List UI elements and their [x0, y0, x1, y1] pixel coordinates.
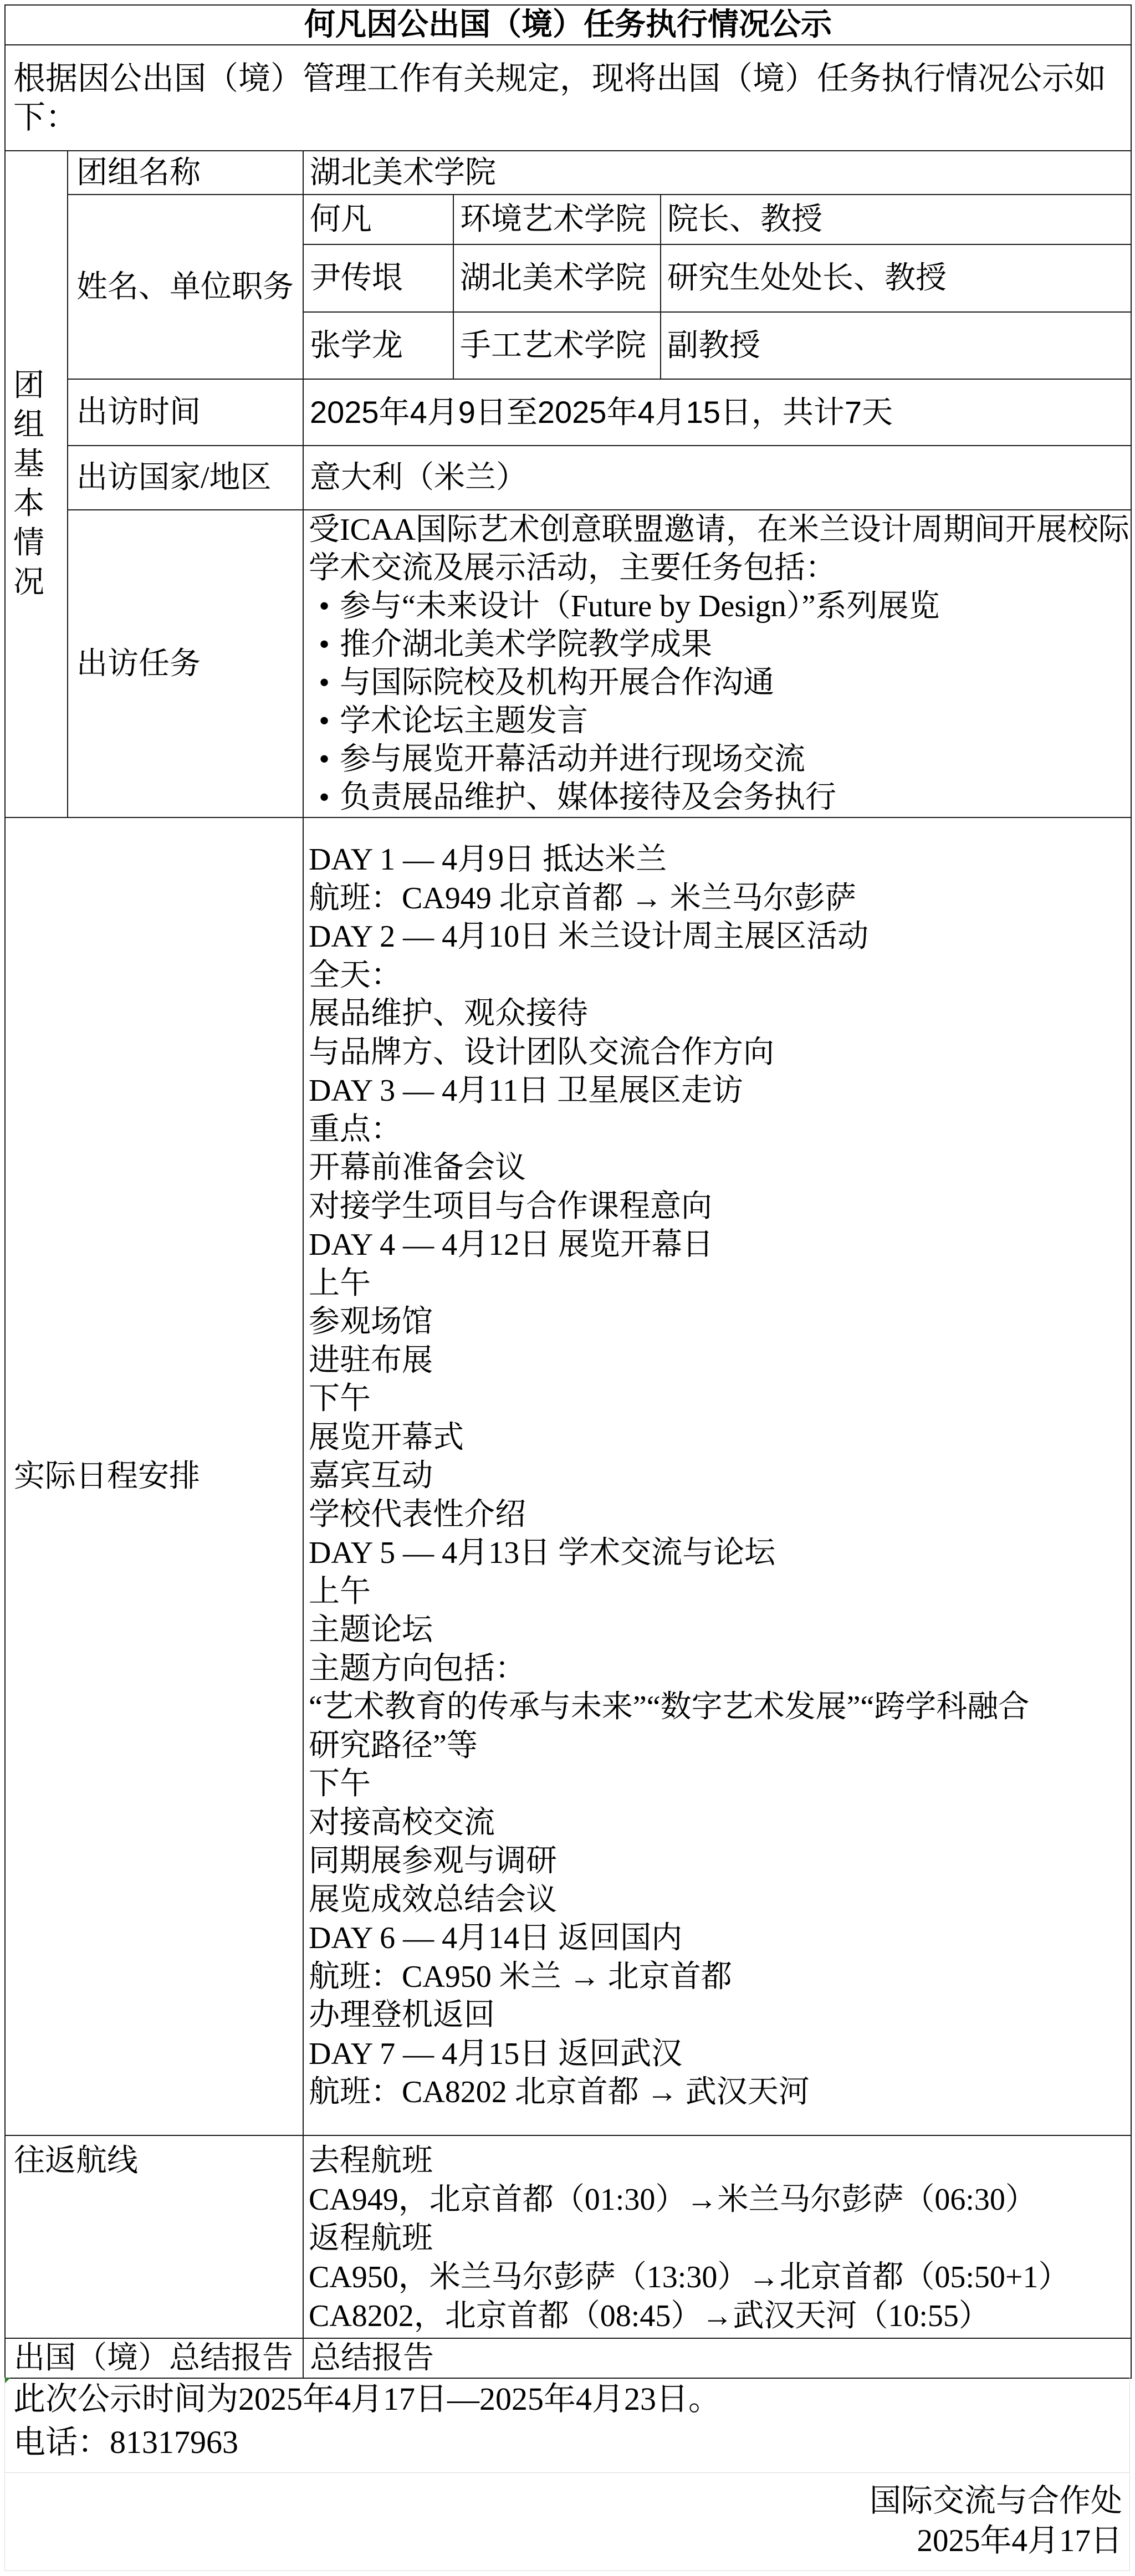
member-position-cell[interactable]: 院长、教授: [661, 195, 1131, 244]
bullet-icon: •: [309, 626, 340, 664]
member-position-cell[interactable]: 副教授: [661, 312, 1131, 379]
bullet-icon: •: [309, 587, 340, 626]
schedule-line: 同期展参观与调研: [309, 1842, 1131, 1881]
member-position: 院长、教授: [667, 202, 822, 237]
member-name: 尹传垠: [310, 261, 403, 295]
summary-report-value-cell[interactable]: 总结报告: [303, 2338, 1131, 2378]
schedule-line: “艺术教育的传承与未来”“数字艺术发展”“跨学科融合: [309, 1688, 1131, 1727]
schedule-line: 进驻布展: [309, 1342, 1131, 1381]
member-name-cell[interactable]: 张学龙: [303, 312, 453, 379]
schedule-line: 展览开幕式: [309, 1419, 1131, 1458]
route-line: CA950，米兰马尔彭萨（13:30）→北京首都（05:50+1）: [309, 2258, 1131, 2297]
visit-tasks-value-cell[interactable]: 受ICAA国际艺术创意联盟邀请，在米兰设计周期间开展校际学术交流及展示活动，主要…: [303, 510, 1131, 817]
route-line: 去程航班: [309, 2141, 1131, 2180]
title-cell[interactable]: 何凡因公出国（境）任务执行情况公示: [5, 5, 1131, 45]
member-name: 何凡: [310, 202, 372, 237]
schedule-line: 开幕前准备会议: [309, 1149, 1131, 1188]
schedule-list: DAY 1 — 4月9日 抵达米兰航班：CA949 北京首都 → 米兰马尔彭萨D…: [309, 841, 1131, 2112]
members-label: 姓名、单位职务: [76, 270, 294, 304]
schedule-line: 重点：: [309, 1111, 1131, 1149]
schedule-line: 下午: [309, 1380, 1131, 1419]
notice-cell[interactable]: 此次公示时间为2025年4月17日—2025年4月23日。 电话：8131796…: [4, 2378, 1130, 2473]
schedule-line: DAY 3 — 4月11日 卫星展区走访: [309, 1072, 1131, 1111]
task-item-text: 学术论坛主题发言: [340, 704, 588, 738]
visit-time-label-cell[interactable]: 出访时间: [68, 379, 303, 446]
schedule-line: 与品牌方、设计团队交流合作方向: [309, 1034, 1131, 1072]
task-item: •学术论坛主题发言: [309, 702, 1131, 740]
schedule-line: DAY 2 — 4月10日 米兰设计周主展区活动: [309, 918, 1131, 957]
visit-country-value: 意大利（米兰）: [310, 461, 527, 495]
task-item: •推介湖北美术学院教学成果: [309, 626, 1131, 664]
schedule-line: 嘉宾互动: [309, 1457, 1131, 1496]
task-item: •负责展品维护、媒体接待及会务执行: [309, 779, 1131, 817]
signature-cell[interactable]: 国际交流与合作处 2025年4月17日: [4, 2473, 1130, 2571]
members-label-cell[interactable]: 姓名、单位职务: [68, 195, 303, 379]
member-position: 副教授: [667, 329, 760, 363]
schedule-line: 航班：CA949 北京首都 → 米兰马尔彭萨: [309, 880, 1131, 918]
visit-tasks-intro: 受ICAA国际艺术创意联盟邀请，在米兰设计周期间开展校际学术交流及展示活动，主要…: [309, 511, 1131, 587]
schedule-line: 主题方向包括：: [309, 1650, 1131, 1689]
schedule-line: 下午: [309, 1765, 1131, 1804]
signature-office: 国际交流与合作处: [5, 2481, 1122, 2521]
member-position: 研究生处处长、教授: [667, 261, 947, 295]
notice-phone: 电话：81317963: [13, 2421, 1129, 2464]
error-indicator-icon[interactable]: [5, 2378, 11, 2383]
member-name-cell[interactable]: 何凡: [303, 195, 453, 244]
member-unit-cell[interactable]: 环境艺术学院: [453, 195, 661, 244]
routes-list: 去程航班CA949，北京首都（01:30）→米兰马尔彭萨（06:30）返程航班C…: [309, 2141, 1131, 2335]
schedule-line: 航班：CA8202 北京首都 → 武汉天河: [309, 2073, 1131, 2112]
visit-time-value-cell[interactable]: 2025年4月9日至2025年4月15日，共计7天: [303, 379, 1131, 446]
visit-country-value-cell[interactable]: 意大利（米兰）: [303, 446, 1131, 510]
task-intro-line: 受ICAA国际艺术创意联盟邀请，在米兰设计周期间开展校际: [309, 511, 1131, 549]
member-name: 张学龙: [310, 329, 403, 363]
schedule-line: 主题论坛: [309, 1611, 1131, 1650]
route-line: CA8202，北京首都（08:45）→武汉天河（10:55）: [309, 2297, 1131, 2335]
schedule-line: 对接学生项目与合作课程意向: [309, 1188, 1131, 1226]
schedule-line: DAY 1 — 4月9日 抵达米兰: [309, 841, 1131, 880]
group-info-section-label: 团组基本情况: [13, 369, 44, 600]
schedule-label-cell[interactable]: 实际日程安排: [5, 817, 303, 2135]
notice-period: 此次公示时间为2025年4月17日—2025年4月23日。: [13, 2378, 1129, 2421]
schedule-line: DAY 7 — 4月15日 返回武汉: [309, 2035, 1131, 2074]
visit-time-value: 2025年4月9日至2025年4月15日，共计7天: [310, 395, 893, 430]
schedule-line: 全天：: [309, 957, 1131, 995]
task-item-text: 参与“未来设计（Future by Design）”系列展览: [340, 589, 940, 623]
schedule-line: 研究路径”等: [309, 1727, 1131, 1766]
task-item: •与国际院校及机构开展合作沟通: [309, 664, 1131, 702]
schedule-line: DAY 6 — 4月14日 返回国内: [309, 1919, 1131, 1958]
task-item-text: 推介湖北美术学院教学成果: [340, 627, 712, 662]
routes-value-cell[interactable]: 去程航班CA949，北京首都（01:30）→米兰马尔彭萨（06:30）返程航班C…: [303, 2135, 1131, 2338]
member-unit: 湖北美术学院: [460, 261, 646, 295]
task-item-text: 负责展品维护、媒体接待及会务执行: [340, 780, 836, 815]
disclosure-table: 何凡因公出国（境）任务执行情况公示 根据因公出国（境）管理工作有关规定，现将出国…: [4, 4, 1132, 2379]
schedule-line: 上午: [309, 1265, 1131, 1304]
task-item-text: 与国际院校及机构开展合作沟通: [340, 666, 774, 700]
bullet-icon: •: [309, 664, 340, 702]
schedule-line: 办理登机返回: [309, 1996, 1131, 2035]
task-item: •参与展览开幕活动并进行现场交流: [309, 740, 1131, 779]
schedule-line: 参观场馆: [309, 1303, 1131, 1342]
summary-report-label-cell[interactable]: 出国（境）总结报告: [5, 2338, 303, 2378]
group-name-value-cell[interactable]: 湖北美术学院: [303, 151, 1131, 195]
schedule-line: 航班：CA950 米兰 → 北京首都: [309, 1958, 1131, 1997]
routes-label-cell[interactable]: 往返航线: [5, 2135, 303, 2338]
member-name-cell[interactable]: 尹传垠: [303, 244, 453, 312]
visit-tasks-list: •参与“未来设计（Future by Design）”系列展览•推介湖北美术学院…: [309, 587, 1131, 817]
bullet-icon: •: [309, 740, 340, 779]
member-position-cell[interactable]: 研究生处处长、教授: [661, 244, 1131, 312]
visit-tasks-label-cell[interactable]: 出访任务: [68, 510, 303, 817]
schedule-line: 上午: [309, 1573, 1131, 1612]
route-line: 返程航班: [309, 2219, 1131, 2258]
visit-country-label-cell[interactable]: 出访国家/地区: [68, 446, 303, 510]
intro-cell[interactable]: 根据因公出国（境）管理工作有关规定，现将出国（境）任务执行情况公示如下：: [5, 45, 1131, 151]
bullet-icon: •: [309, 779, 340, 817]
member-unit: 环境艺术学院: [460, 202, 646, 237]
signature-date: 2025年4月17日: [5, 2521, 1122, 2561]
group-name-value: 湖北美术学院: [310, 156, 496, 190]
member-unit-cell[interactable]: 湖北美术学院: [453, 244, 661, 312]
schedule-line: 对接高校交流: [309, 1804, 1131, 1843]
task-item-text: 参与展览开幕活动并进行现场交流: [340, 742, 805, 776]
member-unit: 手工艺术学院: [460, 329, 646, 363]
page-title: 何凡因公出国（境）任务执行情况公示: [304, 8, 832, 42]
summary-report-label: 出国（境）总结报告: [14, 2341, 293, 2375]
bullet-icon: •: [309, 702, 340, 740]
visit-time-label: 出访时间: [76, 395, 201, 430]
schedule-line: 学校代表性介绍: [309, 1496, 1131, 1535]
task-intro-line: 学术交流及展示活动，主要任务包括：: [309, 549, 1131, 587]
group-name-label-cell[interactable]: 团组名称: [68, 151, 303, 195]
schedule-value-cell[interactable]: DAY 1 — 4月9日 抵达米兰航班：CA949 北京首都 → 米兰马尔彭萨D…: [303, 817, 1131, 2135]
summary-report-value: 总结报告: [310, 2341, 434, 2375]
visit-tasks-label: 出访任务: [76, 647, 201, 681]
intro-text: 根据因公出国（境）管理工作有关规定，现将出国（境）任务执行情况公示如下：: [13, 60, 1106, 135]
schedule-line: DAY 4 — 4月12日 展览开幕日: [309, 1226, 1131, 1265]
schedule-line: 展品维护、观众接待: [309, 995, 1131, 1034]
group-info-section-cell[interactable]: 团组基本情况: [5, 151, 68, 817]
visit-country-label: 出访国家/地区: [76, 461, 272, 495]
schedule-line: 展览成效总结会议: [309, 1881, 1131, 1920]
route-line: CA949，北京首都（01:30）→米兰马尔彭萨（06:30）: [309, 2180, 1131, 2219]
routes-label: 往返航线: [14, 2144, 138, 2178]
member-unit-cell[interactable]: 手工艺术学院: [453, 312, 661, 379]
schedule-label: 实际日程安排: [14, 1459, 200, 1494]
group-name-label: 团组名称: [76, 156, 201, 190]
task-item: •参与“未来设计（Future by Design）”系列展览: [309, 587, 1131, 626]
schedule-line: DAY 5 — 4月13日 学术交流与论坛: [309, 1534, 1131, 1573]
